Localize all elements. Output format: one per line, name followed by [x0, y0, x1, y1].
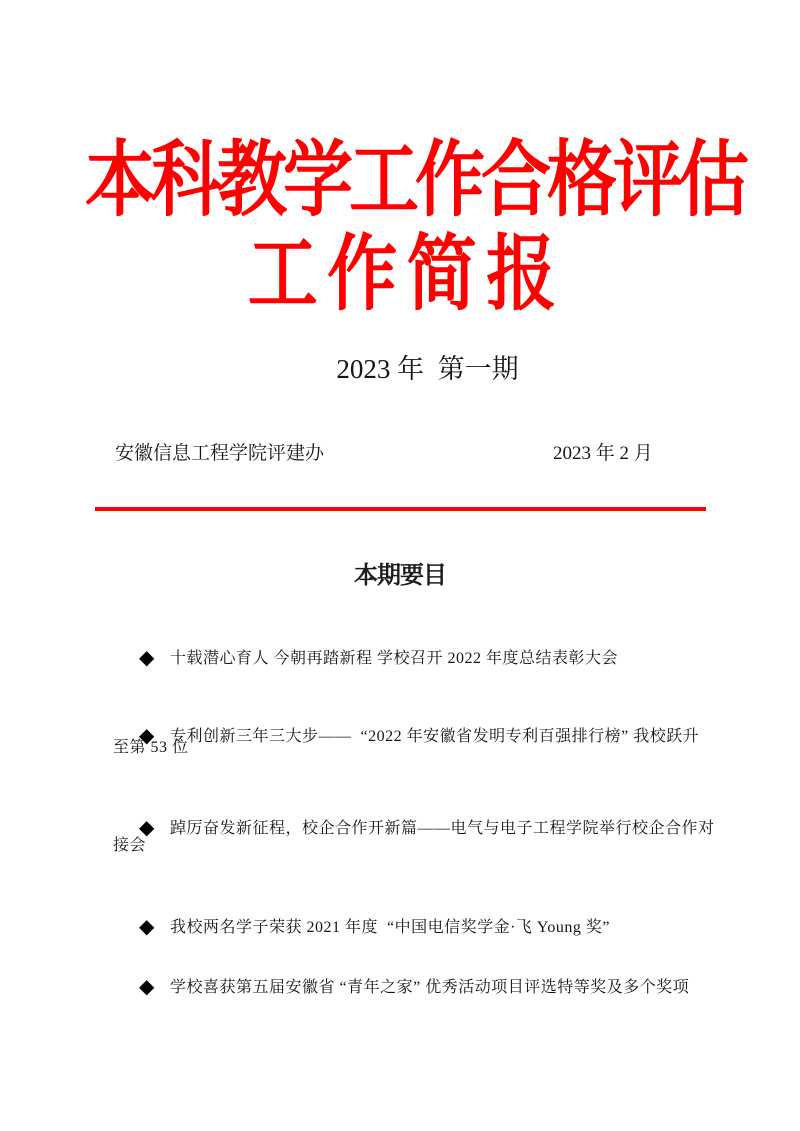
publish-date: 2023 年 2 月 [553, 441, 653, 467]
toc-item: ◆专利创新三年三大步—— “2022 年安徽省发明专利百强排行榜” 我校跃升 [121, 696, 699, 776]
toc-item-text: 我校两名学子荣获 2021 年度 “中国电信奖学金·飞 Young 奖” [170, 919, 610, 936]
toc-heading: 本期要目 [0, 559, 800, 591]
page-title-line1: 本科教学工作合格评估 [30, 132, 800, 231]
toc-item-continuation: 接会 [113, 833, 146, 859]
toc-item: ◆踔厉奋发新征程，校企合作开新篇——电气与电子工程学院举行校企合作对 [121, 788, 715, 868]
toc-item: ◆学校喜获第五届安徽省 “青年之家” 优秀活动项目评选特等奖及多个奖项 [121, 947, 689, 1027]
toc-item: ◆十载潜心育人 今朝再踏新程 学校召开 2022 年度总结表彰大会 [121, 618, 618, 698]
publisher: 安徽信息工程学院评建办 [115, 441, 324, 467]
toc-item-continuation: 至第 53 位 [113, 735, 189, 761]
diamond-icon: ◆ [139, 973, 170, 999]
issue-number: 2023 年 第一期 [55, 352, 800, 386]
bulletin-cover-page: 本科教学工作合格评估 工 作 简 报 2023 年 第一期 安徽信息工程学院评建… [0, 0, 800, 1131]
toc-item-text: 十载潜心育人 今朝再踏新程 学校召开 2022 年度总结表彰大会 [170, 650, 618, 667]
toc-item-text: 踔厉奋发新征程，校企合作开新篇——电气与电子工程学院举行校企合作对 [170, 820, 715, 837]
toc-item-text: 学校喜获第五届安徽省 “青年之家” 优秀活动项目评选特等奖及多个奖项 [170, 979, 689, 996]
toc-item-text: 专利创新三年三大步—— “2022 年安徽省发明专利百强排行榜” 我校跃升 [170, 728, 699, 745]
red-divider-rule [95, 507, 706, 511]
page-title-line2: 工 作 简 报 [0, 226, 800, 325]
diamond-icon: ◆ [139, 913, 170, 939]
diamond-icon: ◆ [139, 644, 170, 670]
